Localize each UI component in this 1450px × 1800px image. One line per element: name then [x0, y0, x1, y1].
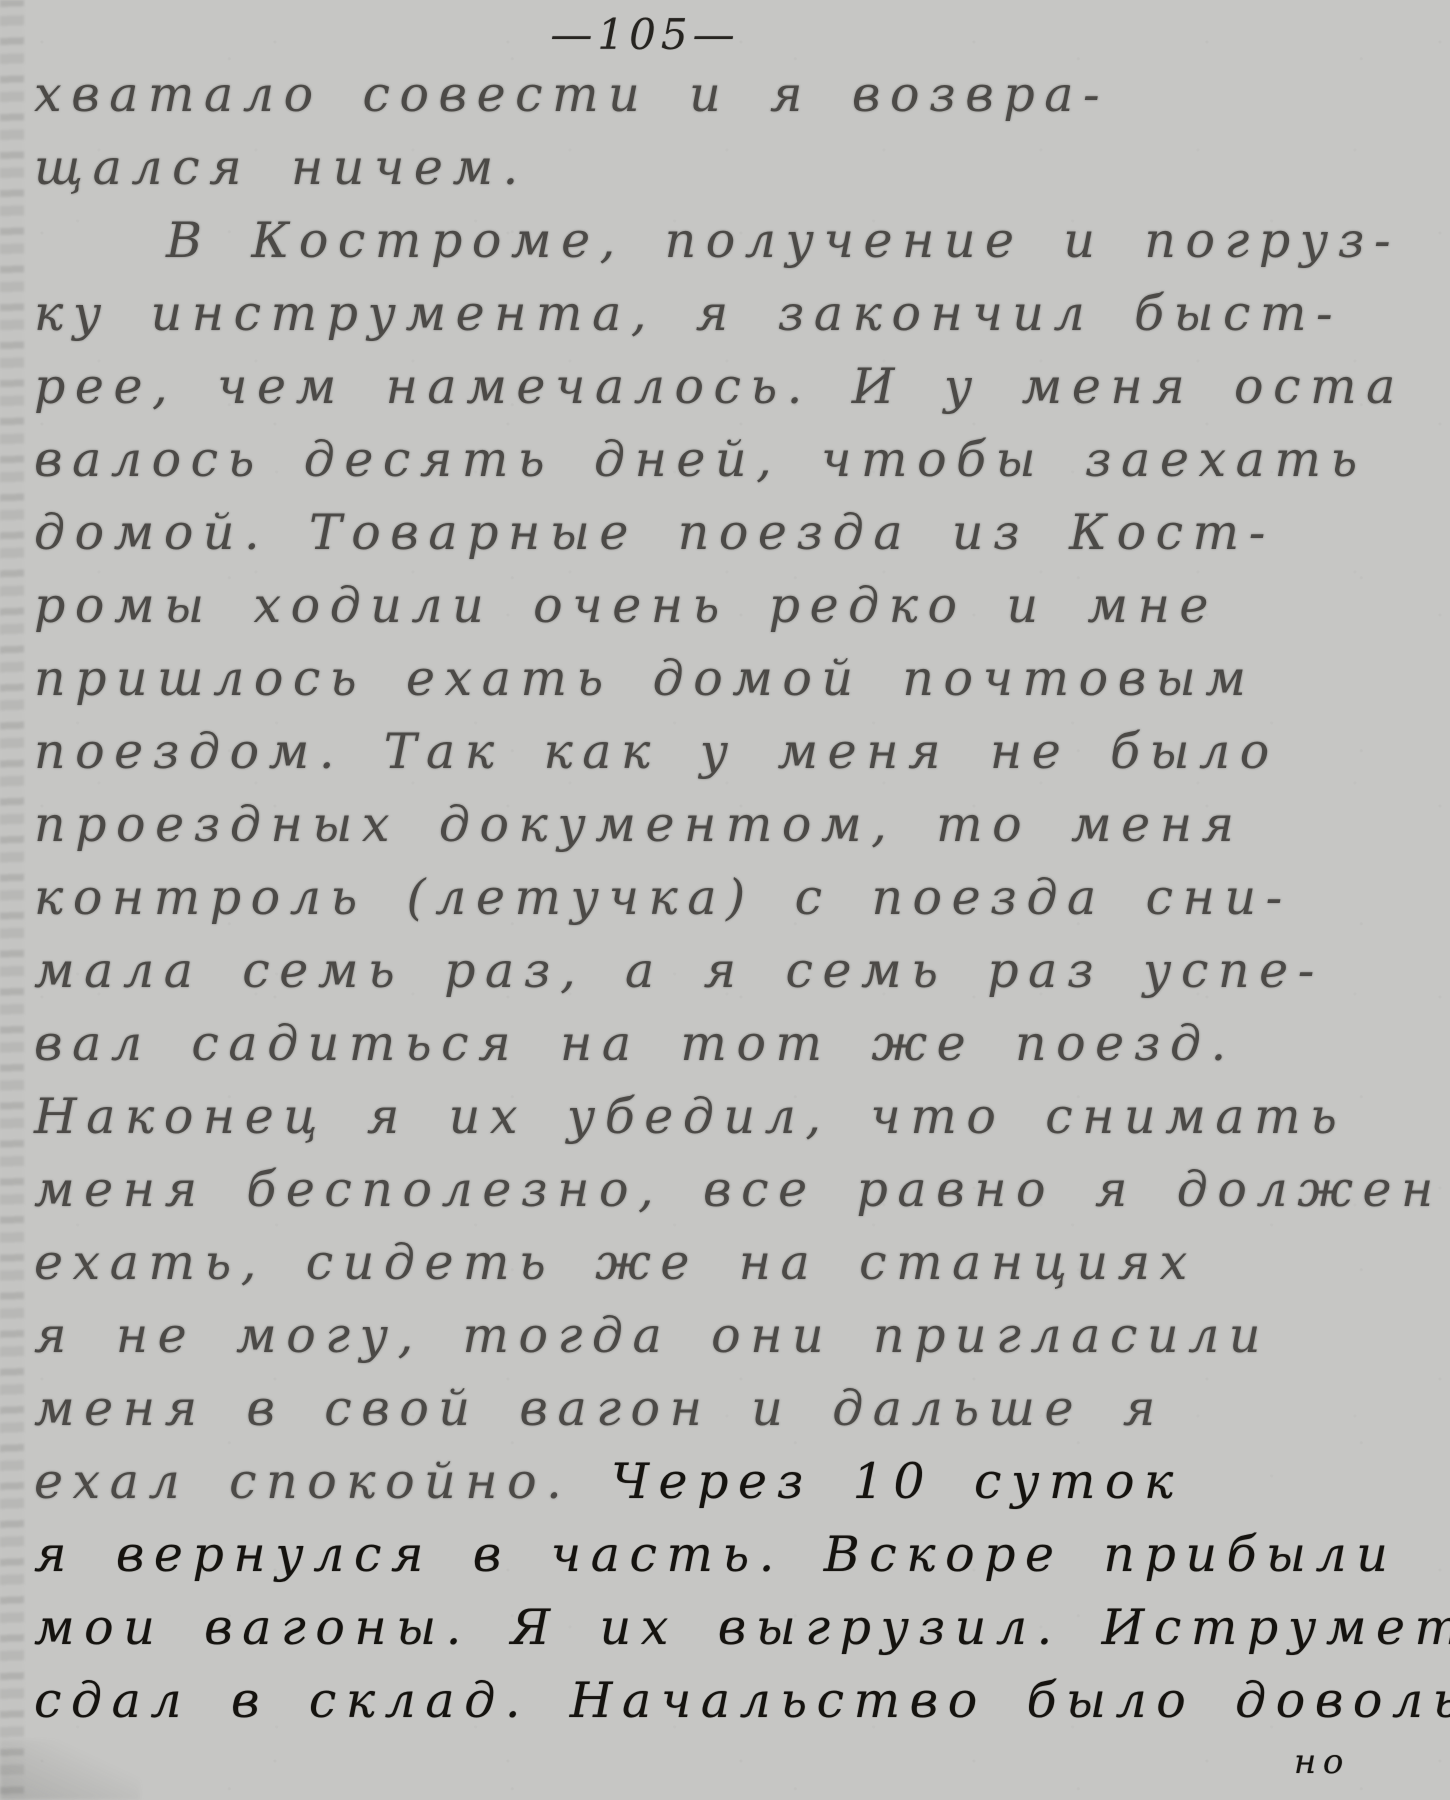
manuscript-line: ромы ходили очень редко и мне — [34, 569, 1432, 642]
text-segment: контроль (летучка) с поезда сни- — [34, 869, 1292, 926]
manuscript-line: сдал в склад. Начальство было доволь — [34, 1664, 1432, 1737]
manuscript-line: мои вагоны. Я их выгрузил. Иструмет — [34, 1591, 1432, 1664]
manuscript-line: но — [34, 1737, 1432, 1795]
text-segment: В Костроме, получение и погруз- — [166, 212, 1400, 269]
manuscript-line: хватало совести и я возвра- — [34, 58, 1432, 131]
manuscript-line: меня бесполезно, все равно я должен — [34, 1153, 1432, 1226]
manuscript-line: валось десять дней, чтобы заехать — [34, 423, 1432, 496]
manuscript-line: поездом. Так как у меня не было — [34, 715, 1432, 788]
manuscript-line: ехал спокойно. Через 10 суток — [34, 1445, 1432, 1518]
text-segment: меня в свой вагон и дальше я — [34, 1380, 1165, 1437]
text-segment: ехал спокойно. — [34, 1453, 611, 1510]
text-segment: сдал в склад. Начальство было доволь — [34, 1672, 1450, 1729]
text-segment: щался ничем. — [34, 139, 528, 196]
text-segment: ехать, сидеть же на станциях — [34, 1234, 1197, 1291]
manuscript-page: —105— хватало совести и я возвра-щался н… — [0, 0, 1450, 1800]
text-segment: мала семь раз, а я семь раз успе- — [34, 942, 1324, 999]
scan-edge-artifact — [0, 0, 24, 1800]
manuscript-text: хватало совести и я возвра-щался ничем.В… — [34, 58, 1432, 1795]
manuscript-line: меня в свой вагон и дальше я — [34, 1372, 1432, 1445]
manuscript-line: рее, чем намечалось. И у меня оста — [34, 350, 1432, 423]
text-segment: проездных документом, то меня — [34, 796, 1244, 853]
text-segment: поездом. Так как у меня не было — [34, 723, 1279, 780]
text-segment: Наконец я их убедил, что снимать — [34, 1088, 1346, 1145]
text-segment: Через 10 суток — [611, 1453, 1183, 1510]
text-segment: меня бесполезно, все равно я должен — [34, 1161, 1443, 1218]
text-segment: хватало совести и я возвра- — [34, 66, 1109, 123]
manuscript-line: контроль (летучка) с поезда сни- — [34, 861, 1432, 934]
manuscript-line: В Костроме, получение и погруз- — [34, 204, 1432, 277]
text-segment: но — [1294, 1742, 1350, 1782]
text-segment: рее, чем намечалось. И у меня оста — [34, 358, 1405, 415]
manuscript-line: щался ничем. — [34, 131, 1432, 204]
manuscript-line: я не могу, тогда они пригласили — [34, 1299, 1432, 1372]
page-number: —105— — [0, 10, 1290, 59]
text-segment: валось десять дней, чтобы заехать — [34, 431, 1367, 488]
text-segment: я вернулся в часть. Вскоре прибыли — [34, 1526, 1397, 1583]
manuscript-line: я вернулся в часть. Вскоре прибыли — [34, 1518, 1432, 1591]
text-segment: домой. Товарные поезда из Кост- — [34, 504, 1275, 561]
manuscript-line: пришлось ехать домой почтовым — [34, 642, 1432, 715]
text-segment: ромы ходили очень редко и мне — [34, 577, 1218, 634]
manuscript-line: ку инструмента, я закончил быст- — [34, 277, 1432, 350]
manuscript-line: проездных документом, то меня — [34, 788, 1432, 861]
text-segment: мои вагоны. Я их выгрузил. Иструмет — [34, 1599, 1450, 1656]
manuscript-line: вал садиться на тот же поезд. — [34, 1007, 1432, 1080]
manuscript-line: Наконец я их убедил, что снимать — [34, 1080, 1432, 1153]
manuscript-line: мала семь раз, а я семь раз успе- — [34, 934, 1432, 1007]
manuscript-line: ехать, сидеть же на станциях — [34, 1226, 1432, 1299]
text-segment: ку инструмента, я закончил быст- — [34, 285, 1342, 342]
text-segment: пришлось ехать домой почтовым — [34, 650, 1255, 707]
manuscript-line: домой. Товарные поезда из Кост- — [34, 496, 1432, 569]
text-segment: я не могу, тогда они пригласили — [34, 1307, 1270, 1364]
text-segment: вал садиться на тот же поезд. — [34, 1015, 1236, 1072]
